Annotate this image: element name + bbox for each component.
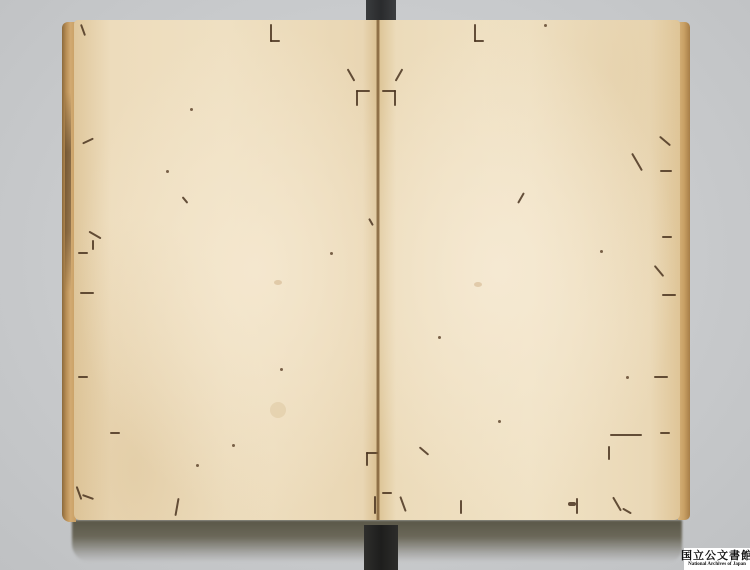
worm-hole — [517, 192, 525, 203]
spot — [438, 336, 441, 339]
worm-hole — [576, 498, 578, 514]
spot — [280, 368, 283, 371]
worm-hole — [662, 236, 672, 238]
worm-hole — [460, 500, 462, 514]
worm-hole — [182, 196, 189, 203]
worm-hole — [662, 294, 676, 296]
worm-hole — [78, 252, 88, 254]
worm-hole — [366, 452, 368, 466]
spot — [330, 252, 333, 255]
worm-hole — [270, 40, 280, 42]
worm-hole — [92, 240, 94, 250]
spot — [190, 108, 193, 111]
worm-hole — [80, 24, 86, 36]
worm-hole — [622, 508, 632, 515]
archive-watermark: 国立公文書館 National Archives of Japan — [684, 548, 750, 570]
worm-hole — [80, 292, 94, 294]
spot — [232, 444, 235, 447]
worm-hole — [82, 138, 94, 145]
right-page — [378, 20, 680, 520]
stain — [474, 282, 482, 287]
worm-hole — [419, 446, 429, 455]
worm-hole — [568, 502, 576, 506]
worm-hole — [608, 446, 610, 460]
worm-hole — [631, 153, 643, 171]
book-gutter — [376, 20, 380, 520]
worm-hole — [610, 434, 642, 436]
stain — [274, 280, 282, 285]
worm-hole — [76, 486, 83, 500]
spot — [626, 376, 629, 379]
spot — [498, 420, 501, 423]
spot — [196, 464, 199, 467]
worm-hole — [654, 376, 668, 378]
worm-hole — [395, 68, 404, 81]
stain — [270, 402, 286, 418]
open-book — [62, 20, 690, 526]
watermark-english: National Archives of Japan — [688, 562, 746, 568]
worm-hole — [78, 376, 88, 378]
worm-hole — [399, 496, 406, 512]
spot — [600, 250, 603, 253]
worm-hole — [174, 498, 179, 516]
worm-hole — [356, 90, 370, 92]
worm-hole — [654, 265, 665, 277]
worm-hole — [382, 492, 392, 494]
watermark-japanese: 国立公文書館 — [681, 550, 750, 562]
worm-hole — [660, 432, 670, 434]
worm-hole — [356, 90, 358, 106]
worm-hole — [612, 497, 622, 512]
spot — [166, 170, 169, 173]
worm-hole — [110, 432, 120, 434]
worm-hole — [474, 40, 484, 42]
worm-hole — [88, 231, 101, 240]
bookmark-strap-bottom — [364, 525, 398, 570]
left-page — [74, 20, 378, 520]
worm-hole — [659, 136, 671, 147]
worm-hole — [660, 170, 672, 172]
spot — [544, 24, 547, 27]
worm-hole — [347, 68, 356, 81]
worm-hole — [368, 218, 374, 226]
worm-hole — [394, 90, 396, 106]
worm-hole — [82, 494, 94, 500]
